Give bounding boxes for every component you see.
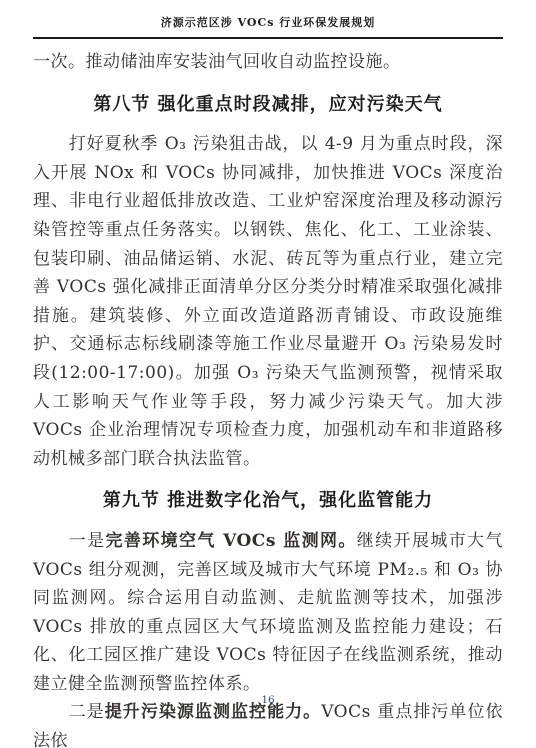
- text-segment: 继续开展城市大气 VOCs 组分观测，完善区域及城市大气环境 PM₂.₅ 和 O…: [33, 531, 503, 694]
- bold-text-segment: 完善环境空气 VOCs 监测网。: [105, 531, 356, 551]
- header-divider: [33, 37, 503, 39]
- section-8-paragraph: 打好夏秋季 O₃ 污染狙击战，以 4-9 月为重点时段，深入开展 NOx 和 V…: [33, 130, 503, 473]
- document-body: 一次。推动储油库安装油气回收自动监控设施。 第八节 强化重点时段减排，应对污染天…: [33, 48, 503, 748]
- section-8-heading: 第八节 强化重点时段减排，应对污染天气: [33, 91, 503, 120]
- header-title: 济源示范区涉 VOCs 行业环保发展规划: [0, 14, 536, 30]
- text-segment: 一是: [69, 531, 106, 551]
- paragraph-continuation: 一次。推动储油库安装油气回收自动监控设施。: [33, 48, 503, 77]
- page-header: 济源示范区涉 VOCs 行业环保发展规划: [0, 0, 536, 39]
- section-9-heading: 第九节 推进数字化治气，强化监管能力: [33, 487, 503, 516]
- document-page: 济源示范区涉 VOCs 行业环保发展规划 一次。推动储油库安装油气回收自动监控设…: [0, 0, 536, 748]
- page-number: 16: [0, 694, 536, 706]
- section-9-paragraph-1: 一是完善环境空气 VOCs 监测网。继续开展城市大气 VOCs 组分观测，完善区…: [33, 527, 503, 699]
